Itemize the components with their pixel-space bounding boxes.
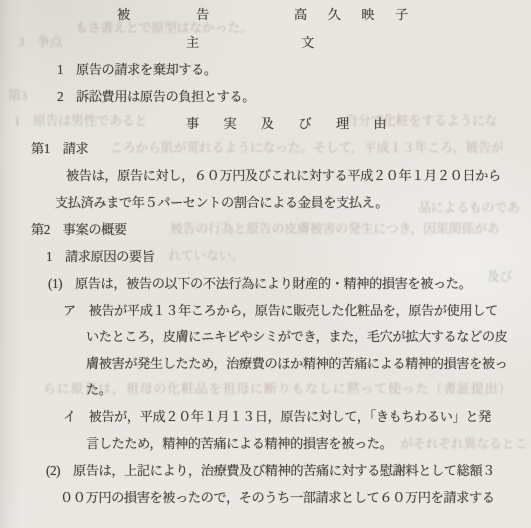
main-text-item-2: 2 訴訟費用は原告の負担とする。 [57, 89, 255, 105]
facts-and-reasons-title: 事実及び理由 [186, 116, 411, 132]
item-i-line-2: 言したため，精神的苦痛による精神的損害を被った。 [86, 436, 392, 452]
item1-line-1: (1) 原告は，被告の以下の不法行為により財産的・精神的損害を被った。 [48, 276, 471, 292]
scanned-judgment-page: もさ書えとで原型はなかった。 3 争点 第3 1 原告は男性であると 自分で化粧… [0, 0, 531, 528]
main-text-item-1: 1 原告の請求を棄却する。 [57, 62, 217, 78]
section2-heading: 第2 事案の概要 [31, 222, 127, 238]
item-i-line-1: イ 被告が，平成２０年１月１３日，原告に対して，「きもちわるい」と発 [63, 409, 491, 425]
item-a-line-1: ア 被告が平成１３年ころから，原告に販売した化粧品を，原告が使用して [63, 303, 498, 319]
section1-heading: 第1 請求 [31, 141, 88, 157]
defendant-label: 被告 [117, 7, 275, 23]
item2-line-2: ００万円の損害を被ったので，そのうち一部請求として６０万円を請求する [60, 490, 495, 506]
claim-line-1: 被告は，原告に対し，６０万円及びこれに対する平成２０年１月２０日から [66, 168, 501, 184]
item-a-line-3: 膚被害が発生したため，治療費のほか精神的苦痛による精神的損害を被っ [86, 356, 507, 372]
claim-cause-heading: 1 請求原因の要旨 [46, 249, 155, 265]
printed-text-layer: 被告 高久映子 主文 1 原告の請求を棄却する。 2 訴訟費用は原告の負担とする… [0, 0, 531, 528]
main-text-title: 主文 [186, 35, 416, 51]
item-a-line-4: た。 [86, 382, 112, 398]
item2-line-1: (2) 原告は，上記により，治療費及び精神的苦痛に対する慰謝料として総額３ [46, 463, 495, 479]
item-a-line-2: いたところ，皮膚にニキビやシミができ，また，毛穴が拡大するなどの皮 [86, 329, 507, 345]
defendant-name: 高久映子 [294, 7, 429, 23]
claim-line-2: 支払済みまで年５パーセントの割合による金員を支払え。 [55, 195, 388, 211]
